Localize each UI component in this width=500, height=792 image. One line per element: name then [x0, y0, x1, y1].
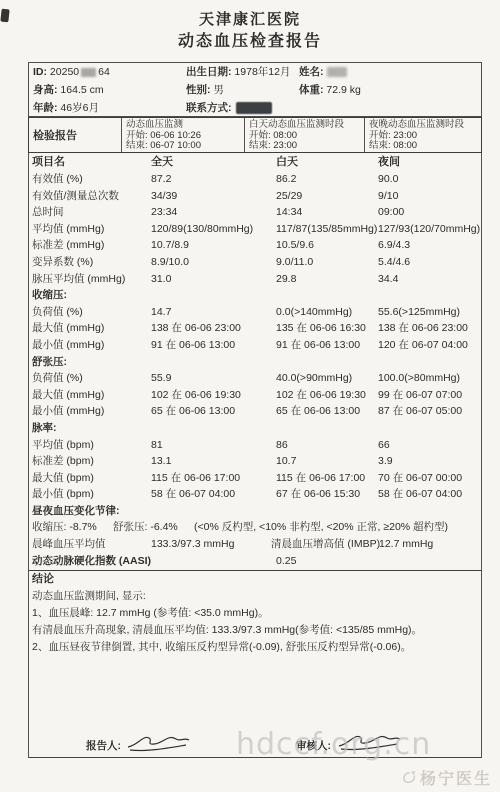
table-row: 有效值/测量总次数34/3925/299/10: [29, 188, 481, 205]
patient-row-2: 身高: 164.5 cm 性别: 男 体重: 72.9 kg: [29, 81, 481, 99]
cell-value: 100.0(>80mmHg): [378, 370, 481, 387]
table-row: 负荷值 (%)14.70.0(>140mmHg)55.6(>125mmHg): [29, 304, 481, 321]
cell-value: [151, 503, 276, 520]
table-row: 最大值 (bpm)115 在 06-06 17:00115 在 06-06 17…: [29, 470, 481, 487]
row-label: 收缩压:: [29, 287, 151, 304]
morning-surge-row: 晨峰血压平均值 133.3/97.3 mmHg 清晨血压增高值 (IMBP) 1…: [29, 536, 481, 553]
row-label: 舒张压:: [29, 354, 151, 371]
watermark-credit-text: 杨宁医生: [420, 766, 492, 789]
cell-value: 5.4/4.6: [378, 254, 481, 271]
cell-value: 58 在 06-07 04:00: [151, 486, 276, 503]
table-row: 平均值 (bpm)818666: [29, 437, 481, 454]
cell-value: 115 在 06-06 17:00: [151, 470, 276, 487]
cell-value: 135 在 06-06 16:30: [276, 320, 378, 337]
patient-weight: 体重: 72.9 kg: [299, 81, 361, 99]
period-title: 夜晚动态血压监测时段: [369, 120, 481, 131]
row-label: 最大值 (bpm): [29, 470, 151, 487]
row-label: 负荷值 (%): [29, 304, 151, 321]
cell-value: 58 在 06-07 04:00: [378, 486, 481, 503]
table-row: 平均值 (mmHg)120/89(130/80mmHg)117/87(135/8…: [29, 221, 481, 238]
watermark-logo-icon: [402, 770, 417, 785]
cell-value: 117/87(135/85mmHg): [276, 221, 378, 238]
rhythm-sbp: 收缩压: -8.7%: [32, 519, 97, 536]
period-title: 白天动态血压监测时段: [249, 120, 364, 131]
id-redaction: [81, 68, 96, 77]
row-label: 昼夜血压变化节律:: [29, 503, 151, 520]
patient-row-3: 年龄: 46岁6月 联系方式:: [29, 99, 481, 117]
conclusion-line: 1、血压晨峰: 12.7 mmHg (参考值: <35.0 mmHg)。: [29, 605, 481, 622]
patient-dob: 出生日期: 1978年12月: [186, 63, 290, 81]
cell-value: 87 在 06-07 05:00: [378, 403, 481, 420]
imbp-value: 12.7 mmHg: [379, 536, 433, 553]
cell-value: 102 在 06-06 19:30: [151, 387, 276, 404]
exam-period-night: 夜晚动态血压监测时段 开始: 23:00 结束: 08:00: [364, 118, 481, 152]
column-header: 项目名: [29, 153, 151, 171]
table-row: 标准差 (mmHg)10.7/8.910.5/9.66.9/4.3: [29, 237, 481, 254]
row-label: 有效值/测量总次数: [29, 188, 151, 205]
cell-value: 13.1: [151, 453, 276, 470]
exam-header-box: 检验报告 动态血压监测 开始: 06-06 10:26 结束: 06-07 10…: [28, 117, 482, 153]
cell-value: 91 在 06-06 13:00: [151, 337, 276, 354]
cell-value: 115 在 06-06 17:00: [276, 470, 378, 487]
cell-value: 31.0: [151, 271, 276, 288]
cell-value: [276, 287, 378, 304]
cell-value: 10.5/9.6: [276, 237, 378, 254]
cell-value: 34.4: [378, 271, 481, 288]
table-header-row: 项目名 全天 白天 夜间: [29, 153, 481, 171]
morning-avg-label: 晨峰血压平均值: [32, 536, 106, 553]
column-header: 白天: [276, 153, 378, 171]
conclusion-line: 有清晨血压升高现象, 清晨血压平均值: 133.3/97.3 mmHg(参考值:…: [29, 622, 481, 639]
cell-value: 8.9/10.0: [151, 254, 276, 271]
cell-value: [151, 287, 276, 304]
table-row: 总时间23:3414:3409:00: [29, 204, 481, 221]
cell-value: 70 在 06-07 00:00: [378, 470, 481, 487]
row-label: 最小值 (bpm): [29, 486, 151, 503]
row-label: 最大值 (mmHg): [29, 320, 151, 337]
patient-info-box: ID: 2025064 出生日期: 1978年12月 姓名: 身高: 164.5…: [28, 62, 482, 117]
cell-value: [378, 287, 481, 304]
table-row: 负荷值 (%)55.940.0(>90mmHg)100.0(>80mmHg): [29, 370, 481, 387]
watermark-domain: hdccf.org.cn: [236, 727, 431, 762]
table-row: 最大值 (mmHg)102 在 06-06 19:30102 在 06-06 1…: [29, 387, 481, 404]
cell-value: 14.7: [151, 304, 276, 321]
conclusion-line: 2、血压昼夜节律倒置, 其中, 收缩压反杓型异常(-0.09), 舒张压反杓型异…: [29, 639, 481, 656]
cell-value: [276, 503, 378, 520]
row-label: 平均值 (mmHg): [29, 221, 151, 238]
cell-value: 55.9: [151, 370, 276, 387]
row-label: 标准差 (mmHg): [29, 237, 151, 254]
cell-value: 09:00: [378, 204, 481, 221]
cell-value: 40.0(>90mmHg): [276, 370, 378, 387]
exam-report-label: 检验报告: [29, 118, 121, 152]
row-label: 变异系数 (%): [29, 254, 151, 271]
table-row: 变异系数 (%)8.9/10.09.0/11.05.4/4.6: [29, 254, 481, 271]
patient-row-1: ID: 2025064 出生日期: 1978年12月 姓名:: [29, 63, 481, 81]
rhythm-legend: (<0% 反杓型, <10% 非杓型, <20% 正常, ≥20% 超杓型): [194, 519, 448, 536]
cell-value: [378, 420, 481, 437]
imbp-label: 清晨血压增高值 (IMBP): [271, 536, 380, 553]
cell-value: 91 在 06-06 13:00: [276, 337, 378, 354]
cell-value: 55.6(>125mmHg): [378, 304, 481, 321]
table-row: 脉压平均值 (mmHg)31.029.834.4: [29, 271, 481, 288]
cell-value: [151, 354, 276, 371]
row-label: 最小值 (mmHg): [29, 337, 151, 354]
reporter-signature: [122, 730, 194, 756]
cell-value: 29.8: [276, 271, 378, 288]
period-title: 动态血压监测: [126, 120, 244, 131]
cell-value: 120 在 06-07 04:00: [378, 337, 481, 354]
name-redaction: [327, 67, 347, 77]
row-label: 最大值 (mmHg): [29, 387, 151, 404]
row-label: 脉压平均值 (mmHg): [29, 271, 151, 288]
patient-height: 身高: 164.5 cm: [33, 81, 104, 99]
patient-sex: 性别: 男: [186, 81, 224, 99]
reporter-label: 报告人:: [86, 738, 121, 753]
row-label: 总时间: [29, 204, 151, 221]
aasi-value: 0.25: [276, 553, 296, 570]
table-row: 最小值 (bpm)58 在 06-07 04:0067 在 06-06 15:3…: [29, 486, 481, 503]
patient-name: 姓名:: [299, 63, 347, 81]
exam-period-overall: 动态血压监测 开始: 06-06 10:26 结束: 06-07 10:00: [121, 118, 244, 152]
cell-value: 25/29: [276, 188, 378, 205]
cell-value: [276, 420, 378, 437]
period-end: 结束: 08:00: [369, 141, 481, 152]
aasi-row: 动态动脉硬化指数 (AASI) 0.25: [29, 553, 481, 570]
cell-value: 6.9/4.3: [378, 237, 481, 254]
cell-value: 14:34: [276, 204, 378, 221]
watermark-credit: 杨宁医生: [402, 766, 492, 789]
cell-value: 90.0: [378, 171, 481, 188]
period-end: 结束: 23:00: [249, 141, 364, 152]
table-row: 最大值 (mmHg)138 在 06-06 23:00135 在 06-06 1…: [29, 320, 481, 337]
cell-value: 9/10: [378, 188, 481, 205]
patient-age: 年龄: 46岁6月: [33, 99, 99, 117]
cell-value: 138 在 06-06 23:00: [151, 320, 276, 337]
cell-value: 87.2: [151, 171, 276, 188]
patient-id: ID: 2025064: [33, 63, 110, 81]
cell-value: 138 在 06-06 23:00: [378, 320, 481, 337]
table-row: 标准差 (bpm)13.110.73.9: [29, 453, 481, 470]
cell-value: 9.0/11.0: [276, 254, 378, 271]
table-row: 昼夜血压变化节律:: [29, 503, 481, 520]
row-label: 脉率:: [29, 420, 151, 437]
cell-value: 120/89(130/80mmHg): [151, 221, 276, 238]
cell-value: 86.2: [276, 171, 378, 188]
cell-value: 86: [276, 437, 378, 454]
cell-value: 65 在 06-06 13:00: [276, 403, 378, 420]
table-row: 脉率:: [29, 420, 481, 437]
cell-value: 102 在 06-06 19:30: [276, 387, 378, 404]
cell-value: [378, 354, 481, 371]
phone-redaction: [236, 102, 272, 114]
cell-value: [378, 503, 481, 520]
exam-period-day: 白天动态血压监测时段 开始: 08:00 结束: 23:00: [244, 118, 364, 152]
column-header: 全天: [151, 153, 276, 171]
page-title: 动态血压检查报告: [0, 28, 500, 51]
table-row: 有效值 (%)87.286.290.0: [29, 171, 481, 188]
period-end: 结束: 06-07 10:00: [126, 141, 244, 152]
cell-value: [151, 420, 276, 437]
conclusion-title: 结论: [29, 571, 481, 588]
row-label: 平均值 (bpm): [29, 437, 151, 454]
table-row: 收缩压:: [29, 287, 481, 304]
morning-avg-value: 133.3/97.3 mmHg: [151, 536, 234, 553]
cell-value: 34/39: [151, 188, 276, 205]
hospital-name: 天津康汇医院: [0, 8, 500, 29]
table-row: 最小值 (mmHg)65 在 06-06 13:0065 在 06-06 13:…: [29, 403, 481, 420]
cell-value: 127/93(120/70mmHg): [378, 221, 481, 238]
cell-value: 10.7: [276, 453, 378, 470]
cell-value: 3.9: [378, 453, 481, 470]
cell-value: [276, 354, 378, 371]
row-label: 有效值 (%): [29, 171, 151, 188]
cell-value: 65 在 06-06 13:00: [151, 403, 276, 420]
rhythm-row: 收缩压: -8.7% 舒张压: -6.4% (<0% 反杓型, <10% 非杓型…: [29, 519, 481, 536]
cell-value: 81: [151, 437, 276, 454]
row-label: 负荷值 (%): [29, 370, 151, 387]
row-label: 标准差 (bpm): [29, 453, 151, 470]
cell-value: 10.7/8.9: [151, 237, 276, 254]
table-row: 舒张压:: [29, 354, 481, 371]
report-table-rows: 有效值 (%)87.286.290.0有效值/测量总次数34/3925/299/…: [29, 171, 481, 519]
row-label: 最小值 (mmHg): [29, 403, 151, 420]
cell-value: 99 在 06-07 07:00: [378, 387, 481, 404]
aasi-label: 动态动脉硬化指数 (AASI): [32, 553, 151, 570]
cell-value: 23:34: [151, 204, 276, 221]
results-table: 项目名 全天 白天 夜间 有效值 (%)87.286.290.0有效值/测量总次…: [28, 153, 482, 758]
table-row: 最小值 (mmHg)91 在 06-06 13:0091 在 06-06 13:…: [29, 337, 481, 354]
conclusion-line: 动态血压监测期间, 显示:: [29, 588, 481, 605]
patient-contact: 联系方式:: [186, 99, 272, 117]
cell-value: 66: [378, 437, 481, 454]
rhythm-dbp: 舒张压: -6.4%: [113, 519, 178, 536]
cell-value: 0.0(>140mmHg): [276, 304, 378, 321]
cell-value: 67 在 06-06 15:30: [276, 486, 378, 503]
column-header: 夜间: [378, 153, 481, 171]
